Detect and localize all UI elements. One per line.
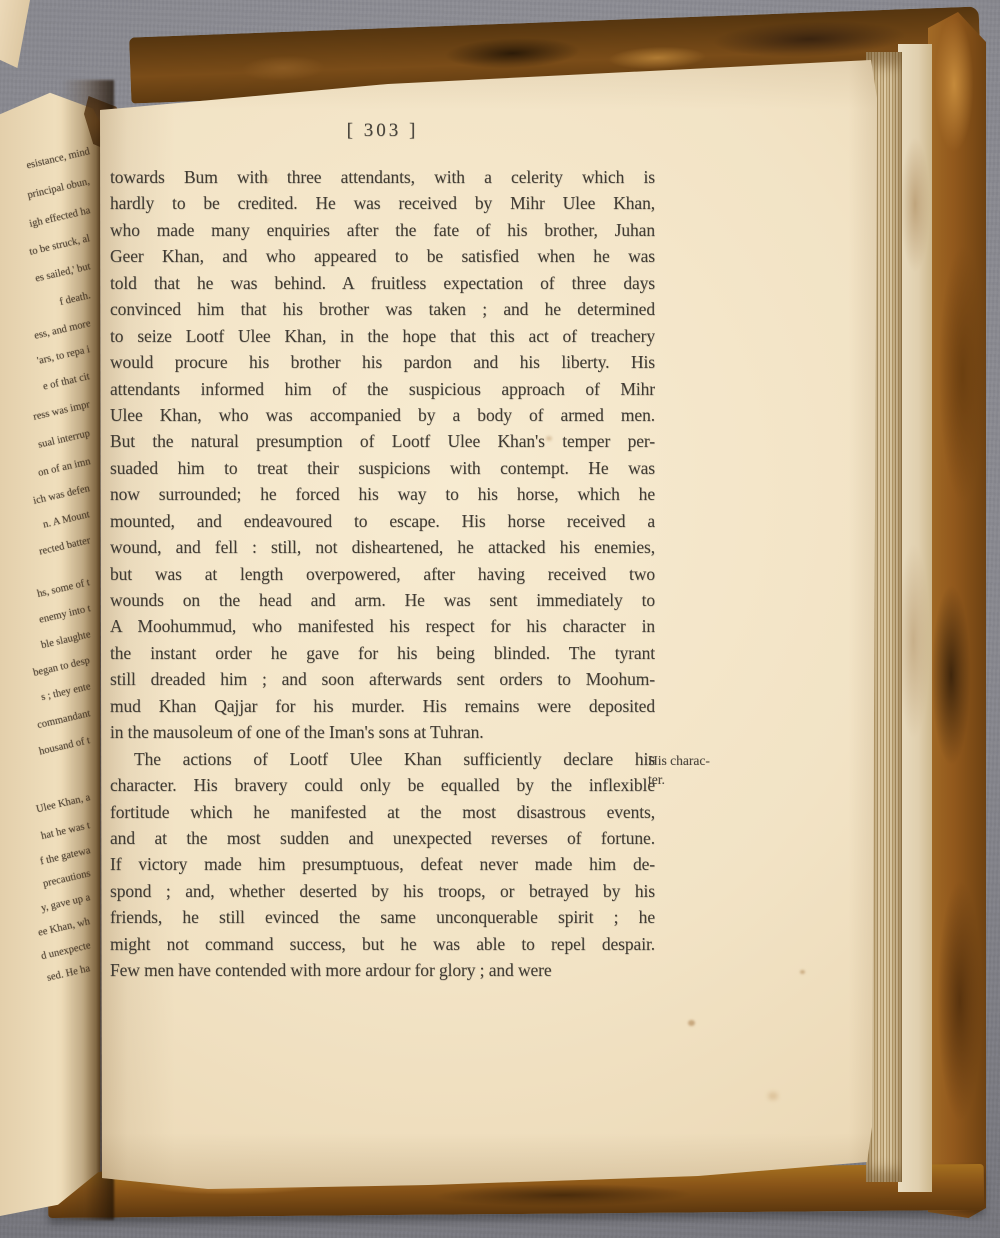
text-line: told that he was behind. A fruitless exp… [110,270,655,296]
foxing-spot [768,1092,778,1100]
text-line: If victory made him presumptuous, defeat… [110,851,655,877]
text-line: towards Bum with three attendants, with … [110,164,655,190]
text-line: mud Khan Qajjar for his murder. His rema… [110,693,655,719]
book-photograph: esistance, mindprincipal obun,igh effect… [0,0,1000,1238]
foxing-spot [688,1020,695,1026]
text-line: attendants informed him of the suspiciou… [110,376,655,402]
text-line: friends, he still evinced the same uncon… [110,904,655,930]
paragraph: The actions of Lootf Ulee Khan sufficien… [110,746,655,984]
text-line: would procure his brother his pardon and… [110,349,655,375]
text-line: and at the most sudden and unexpected re… [110,825,655,851]
text-block: towards Bum with three attendants, with … [110,164,655,984]
text-line: wound, and fell : still, not disheartene… [110,534,655,560]
margin-note: His charac- ter. [648,752,738,789]
margin-note-line: His charac- [648,752,738,771]
text-line: suaded him to treat their suspicions wit… [110,455,655,481]
paragraph: towards Bum with three attendants, with … [110,164,655,746]
text-line: now surrounded; he forced his way to his… [110,481,655,507]
text-line: A Moohummud, who manifested his respect … [110,613,655,639]
text-line: But the natural presumption of Lootf Ule… [110,428,655,454]
text-line: hardly to be credited. He was received b… [110,190,655,216]
text-line: in the mausoleum of one of the Iman's so… [110,719,655,745]
text-line: convinced him that his brother was taken… [110,296,655,322]
text-line: the instant order he gave for his being … [110,640,655,666]
leather-cover-right-edge [928,12,986,1218]
text-line: Geer Khan, and who appeared to be satisf… [110,243,655,269]
text-line: spond ; and, whether deserted by his tro… [110,878,655,904]
foxing-spot [800,970,805,974]
book-page: [ 303 ] towards Bum with three attendant… [88,52,880,1202]
text-line: The actions of Lootf Ulee Khan sufficien… [110,746,655,772]
endpaper-strip [898,44,932,1192]
text-line: Ulee Khan, who was accompanied by a body… [110,402,655,428]
text-line: to seize Lootf Ulee Khan, in the hope th… [110,323,655,349]
text-line: but was at length overpowered, after hav… [110,561,655,587]
margin-note-line: ter. [648,771,738,790]
text-line: mounted, and endeavoured to escape. His … [110,508,655,534]
text-line: might not command success, but he was ab… [110,931,655,957]
text-line: still dreaded him ; and soon afterwards … [110,666,655,692]
text-line: Few men have contended with more ardour … [110,957,655,983]
text-line: wounds on the head and arm. He was sent … [110,587,655,613]
text-line: who made many enquiries after the fate o… [110,217,655,243]
text-line: fortitude which he manifested at the mos… [110,799,655,825]
page-number: [ 303 ] [110,120,655,148]
text-line: character. His bravery could only be equ… [110,772,655,798]
